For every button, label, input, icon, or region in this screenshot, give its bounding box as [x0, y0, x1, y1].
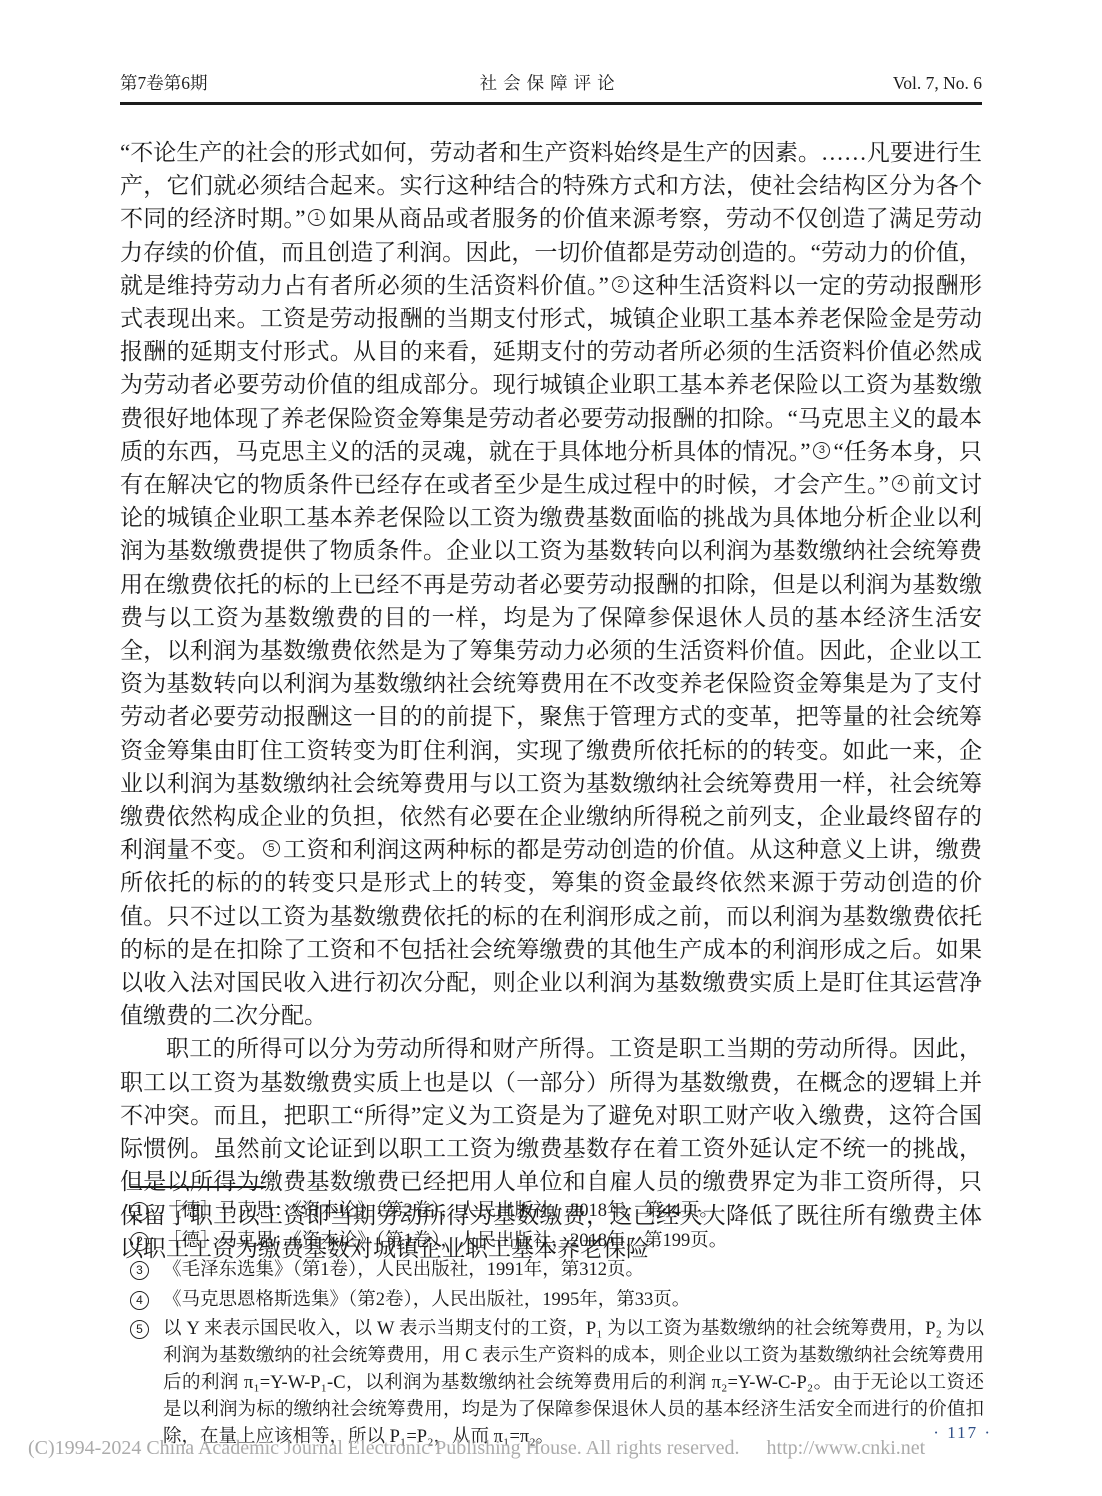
footnote-item: 2 ［德］马克思：《资本论》（第1卷），人民出版社，2018年，第199页。: [130, 1228, 984, 1255]
footnote-text: ［德］马克思：《资本论》（第2卷），人民出版社，2018年，第44页。: [163, 1198, 984, 1225]
copyright-footer: (C)1994-2024 China Academic Journal Elec…: [28, 1437, 925, 1460]
article-body: “不论生产的社会的形式如何，劳动者和生产资料始终是生产的因素。……凡要进行生产，…: [120, 136, 982, 1265]
paragraph-1: “不论生产的社会的形式如何，劳动者和生产资料始终是生产的因素。……凡要进行生产，…: [120, 136, 982, 1032]
footnote-ref-3: 3: [813, 442, 830, 459]
page-header: 第7卷第6期 社会保障评论 Vol. 7, No. 6: [120, 70, 982, 95]
copyright-text: (C)1994-2024 China Academic Journal Elec…: [28, 1437, 740, 1459]
footnote-ref-5: 5: [263, 840, 280, 857]
page-number: · 117 ·: [933, 1423, 992, 1443]
footnote-ref-4: 4: [892, 475, 909, 492]
footnote-text: 《毛泽东选集》（第1卷），人民出版社，1991年，第312页。: [163, 1257, 984, 1284]
footnote-ref-1: 1: [308, 209, 325, 226]
footnote-text: 《马克思恩格斯选集》（第2卷），人民出版社，1995年，第33页。: [163, 1287, 984, 1314]
footnote-text: 以 Y 来表示国民收入，以 W 表示当期支付的工资，P₁ 为以工资为基数缴纳的社…: [163, 1316, 984, 1451]
header-rule: [120, 102, 982, 105]
footnote-marker: 4: [130, 1291, 149, 1310]
header-volume-issue-en: Vol. 7, No. 6: [893, 73, 982, 94]
body-text-segment: 工资和利润这两种标的都是劳动创造的价值。从这种意义上讲，缴费所依托的标的的转变只…: [120, 837, 982, 1028]
footnote-marker: 1: [130, 1202, 149, 1221]
header-volume-issue-cn: 第7卷第6期: [120, 70, 208, 95]
journal-page: 第7卷第6期 社会保障评论 Vol. 7, No. 6 “不论生产的社会的形式如…: [0, 0, 1102, 1496]
body-text-segment: 这种生活资料以一定的劳动报酬形式表现出来。工资是劳动报酬的当期支付形式，城镇企业…: [120, 273, 982, 464]
footnote-item: 1 ［德］马克思：《资本论》（第2卷），人民出版社，2018年，第44页。: [130, 1198, 984, 1225]
body-text-segment: 前文讨论的城镇企业职工基本养老保险以工资为缴费基数面临的挑战为具体地分析企业以利…: [120, 472, 982, 862]
footnote-text: ［德］马克思：《资本论》（第1卷），人民出版社，2018年，第199页。: [163, 1228, 984, 1255]
footnote-marker: 2: [130, 1232, 149, 1251]
footnote-item: 3 《毛泽东选集》（第1卷），人民出版社，1991年，第312页。: [130, 1257, 984, 1284]
footnote-ref-2: 2: [612, 276, 629, 293]
journal-title: 社会保障评论: [480, 70, 621, 95]
cnki-url: http://www.cnki.net: [767, 1437, 926, 1459]
footnote-marker: 5: [130, 1320, 149, 1339]
footnote-marker: 3: [130, 1261, 149, 1280]
footnotes-section: 1 ［德］马克思：《资本论》（第2卷），人民出版社，2018年，第44页。 2 …: [130, 1198, 984, 1454]
footnote-item: 5 以 Y 来表示国民收入，以 W 表示当期支付的工资，P₁ 为以工资为基数缴纳…: [130, 1316, 984, 1451]
footnote-divider: [130, 1186, 266, 1188]
footnote-item: 4 《马克思恩格斯选集》（第2卷），人民出版社，1995年，第33页。: [130, 1287, 984, 1314]
